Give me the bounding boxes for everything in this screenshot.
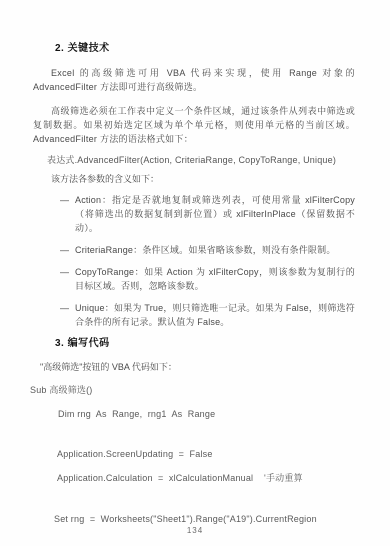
page-number: 134 bbox=[0, 526, 390, 535]
list-item: — CriteriaRange：条件区域。如果省略该参数，则没有条件限制。 bbox=[60, 243, 355, 257]
code-line-screenupdating: Application.ScreenUpdating = False bbox=[57, 447, 355, 461]
section-heading-2: 2. 关键技术 bbox=[55, 42, 355, 56]
bullet-text-action: Action：指定是否就地复制或筛选列表，可使用常量 xlFilterCopy（… bbox=[75, 193, 355, 235]
dash-marker: — bbox=[60, 243, 75, 257]
list-item: — CopyToRange：如果 Action 为 xlFilterCopy，则… bbox=[60, 265, 355, 293]
bullet-list: — Action：指定是否就地复制或筛选列表，可使用常量 xlFilterCop… bbox=[33, 193, 355, 329]
list-item: — Unique：如果为 True，则只筛选唯一记录。如果为 False，则筛选… bbox=[60, 301, 355, 329]
document-page: 2. 关键技术 Excel 的高级筛选可用 VBA 代码来实现，使用 Range… bbox=[0, 0, 390, 546]
bullet-text-copytorange: CopyToRange：如果 Action 为 xlFilterCopy，则该参… bbox=[75, 265, 355, 293]
dash-marker: — bbox=[60, 301, 75, 329]
list-item: — Action：指定是否就地复制或筛选列表，可使用常量 xlFilterCop… bbox=[60, 193, 355, 235]
bullet-text-criteriarange: CriteriaRange：条件区域。如果省略该参数，则没有条件限制。 bbox=[75, 243, 355, 257]
dash-marker: — bbox=[60, 193, 75, 235]
dash-marker: — bbox=[60, 265, 75, 293]
syntax-line: 表达式.AdvancedFilter(Action, CriteriaRange… bbox=[47, 153, 355, 167]
bullet-text-unique: Unique：如果为 True，则只筛选唯一记录。如果为 False，则筛选符合… bbox=[75, 301, 355, 329]
code-line-dim: Dim rng As Range, rng1 As Range bbox=[58, 407, 355, 421]
params-intro: 该方法各参数的含义如下： bbox=[33, 172, 355, 186]
code-line-set-rng: Set rng = Worksheets("Sheet1").Range("A1… bbox=[54, 512, 355, 526]
code-intro: "高级筛选"按钮的 VBA 代码如下： bbox=[40, 360, 355, 374]
paragraph-advancedfilter: 高级筛选必须在工作表中定义一个条件区域，通过该条件从列表中筛选或复制数据。如果初… bbox=[33, 104, 355, 146]
paragraph-intro: Excel 的高级筛选可用 VBA 代码来实现，使用 Range 对象的 Adv… bbox=[33, 66, 355, 94]
code-line-sub: Sub 高级筛选() bbox=[30, 383, 355, 397]
code-line-calculation: Application.Calculation = xlCalculationM… bbox=[57, 471, 355, 485]
section-heading-3: 3. 编写代码 bbox=[55, 337, 355, 351]
